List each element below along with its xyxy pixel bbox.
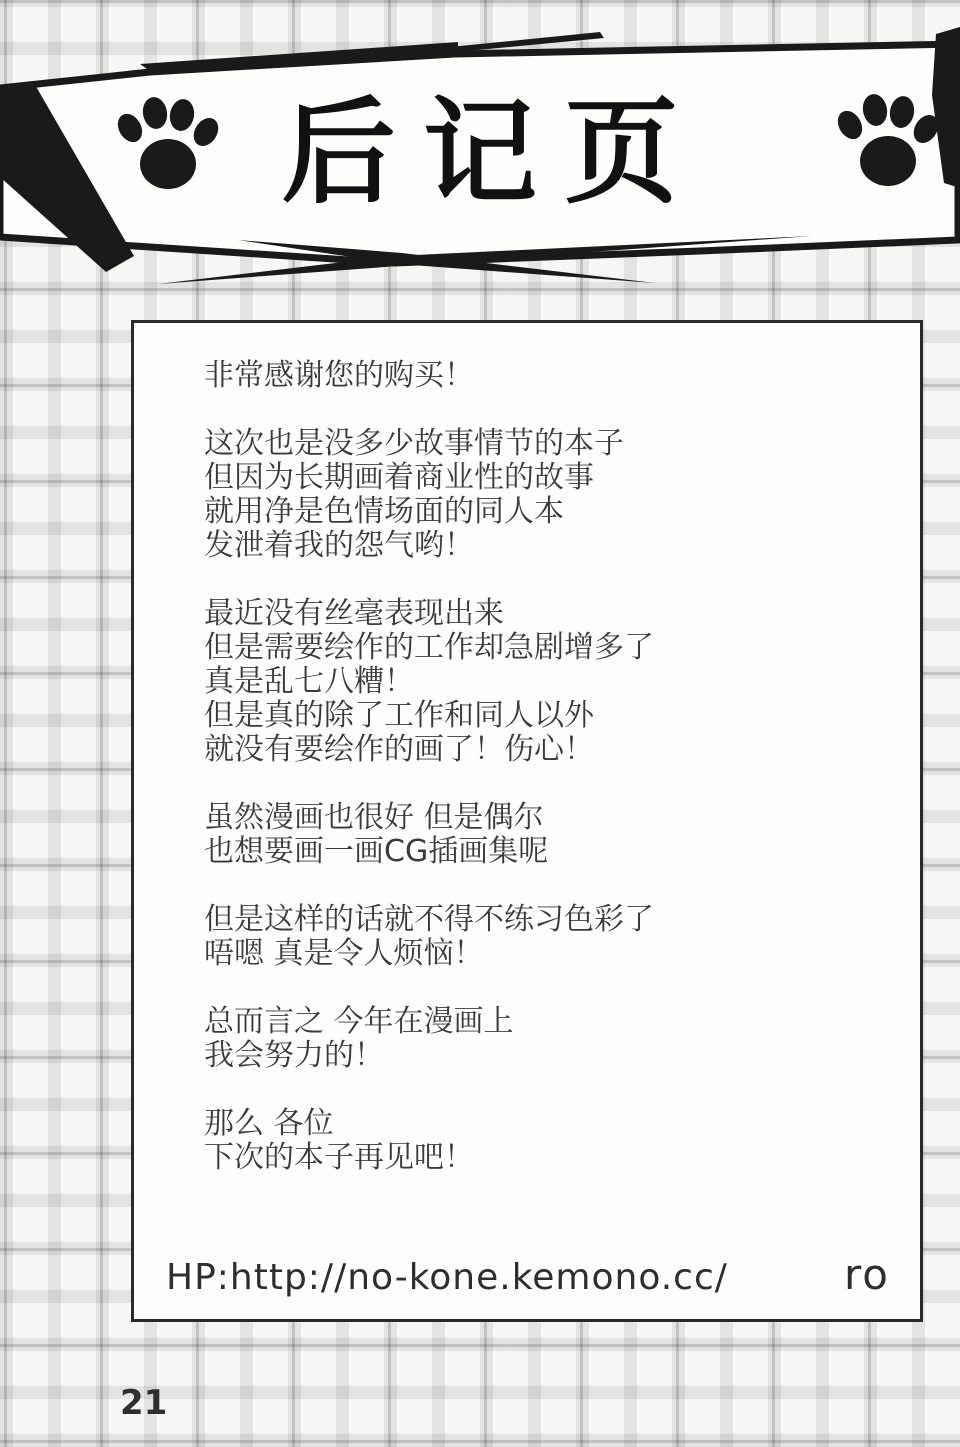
text-line: 那么 各位 xyxy=(204,1107,890,1141)
paragraph: 虽然漫画也很好 但是偶尔 也想要画一画CG插画集呢 xyxy=(204,801,890,869)
paragraph: 这次也是没多少故事情节的本子 但因为长期画着商业性的故事 就用净是色情场面的同人… xyxy=(204,427,890,563)
text-line: 但是这样的话就不得不练习色彩了 xyxy=(204,903,890,937)
text-line: 下次的本子再见吧！ xyxy=(204,1141,890,1175)
page-number: 21 xyxy=(120,1383,167,1423)
text-line: 我会努力的！ xyxy=(204,1039,890,1073)
homepage-url: HP:http://no-kone.kemono.cc/ xyxy=(166,1257,728,1298)
text-line: 唔嗯 真是令人烦恼！ xyxy=(204,937,890,971)
box-footer: HP:http://no-kone.kemono.cc/ ro xyxy=(166,1250,890,1299)
paragraph: 总而言之 今年在漫画上 我会努力的！ xyxy=(204,1005,890,1073)
text-line: 但是需要绘作的工作却急剧增多了 xyxy=(204,631,890,665)
text-line: 总而言之 今年在漫画上 xyxy=(204,1005,890,1039)
paragraph: 最近没有丝毫表现出来 但是需要绘作的工作却急剧增多了 真是乱七八糟！ 但是真的除… xyxy=(204,597,890,767)
text-line: 最近没有丝毫表现出来 xyxy=(204,597,890,631)
afterword-text: 非常感谢您的购买！ 这次也是没多少故事情节的本子 但因为长期画着商业性的故事 就… xyxy=(204,359,890,1209)
text-line: 真是乱七八糟！ xyxy=(204,665,890,699)
text-line: 就用净是色情场面的同人本 xyxy=(204,495,890,529)
text-line: 就没有要绘作的画了！伤心！ xyxy=(204,733,890,767)
text-line: 但因为长期画着商业性的故事 xyxy=(204,461,890,495)
text-line: 也想要画一画CG插画集呢 xyxy=(204,835,890,869)
paragraph: 但是这样的话就不得不练习色彩了 唔嗯 真是令人烦恼！ xyxy=(204,903,890,971)
paragraph: 那么 各位 下次的本子再见吧！ xyxy=(204,1107,890,1175)
text-line: 这次也是没多少故事情节的本子 xyxy=(204,427,890,461)
page-title: 后记页 xyxy=(0,96,960,210)
text-line: 但是真的除了工作和同人以外 xyxy=(204,699,890,733)
text-line: 虽然漫画也很好 但是偶尔 xyxy=(204,801,890,835)
artist-signature: ro xyxy=(844,1250,890,1299)
text-line: 非常感谢您的购买！ xyxy=(204,359,890,393)
afterword-text-box: 非常感谢您的购买！ 这次也是没多少故事情节的本子 但因为长期画着商业性的故事 就… xyxy=(131,320,923,1322)
paragraph: 非常感谢您的购买！ xyxy=(204,359,890,393)
text-line: 发泄着我的怨气哟！ xyxy=(204,529,890,563)
afterword-page: 后记页 非常感谢您的购买！ 这次也是没多少故事情节的本子 但因为长期画着商业性的… xyxy=(0,0,960,1447)
